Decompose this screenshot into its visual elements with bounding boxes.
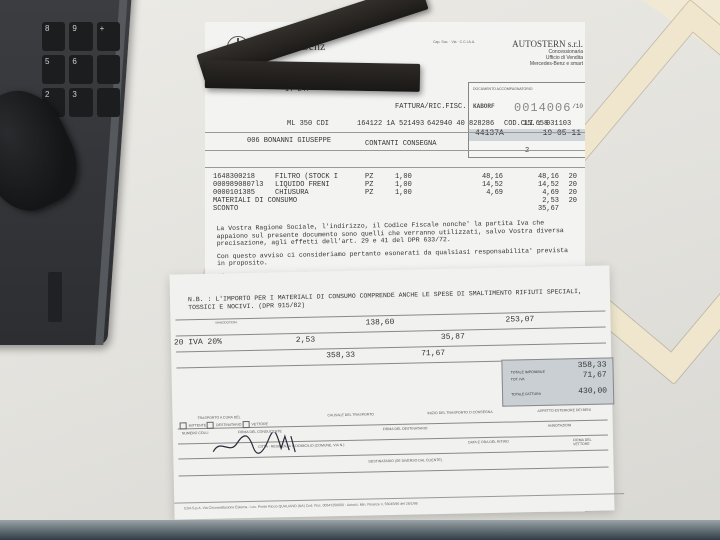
item-um: PZ [365, 173, 395, 181]
dealer-line: Mercedes-Benz e smart [493, 61, 583, 67]
causale-label: CAUSALE DEL TRASPORTO [327, 412, 374, 417]
colli-label: NUMERO COLLI [182, 431, 209, 436]
document-date: 19-05-11 [543, 129, 581, 141]
cell-label: MANODOPERA [215, 320, 237, 324]
payment-method: CONTANTI CONSEGNA [365, 140, 436, 148]
item-qty: 1,00 [395, 181, 433, 189]
inizio-label: INIZIO DEL TRASPORTO O CONSEGNA [427, 410, 492, 415]
item-code: 0000101385 [213, 189, 275, 197]
line-item: 1648300218 FILTRO (STOCK I PZ 1,00 48,16… [213, 173, 577, 181]
item-code: 0009890807l3 [213, 181, 275, 189]
total-imponibile-label: TOTALE IMPONIBILE [511, 370, 545, 375]
disposal-note: N.B. : L'IMPORTO PER I MATERIALI DI CONS… [188, 288, 588, 312]
total-invoice-value: 430,00 [578, 386, 607, 396]
item-desc: CHIUSURA [275, 189, 365, 197]
document-number: 0014006 [514, 101, 571, 115]
item-price: 14,52 [433, 181, 503, 189]
engine-number: 642940 40 828286 [427, 120, 494, 128]
item-amount: 35,67 [503, 205, 559, 213]
numeric-keypad: 8 9 + 5 6 2 3 [42, 22, 120, 117]
firma-destinatario-label: FIRMA DEL DESTINATARIO [383, 426, 428, 431]
item-iva: 20 [559, 173, 577, 181]
dealer-block: AUTOSTERN s.r.l. Concessionaria Ufficio … [493, 39, 583, 67]
operator: 006 BONANNI GIUSEPPE [247, 137, 331, 145]
dark-ruler-bar [205, 60, 420, 92]
key [97, 55, 120, 84]
document-box-label: DOCUMENTO ACCOMPAGNATORIO [473, 87, 532, 91]
iva-rate-label: 20 IVA 20% [174, 338, 222, 348]
line-item: 0000101385 CHIUSURA PZ 1,00 4,69 4,69 20 [213, 189, 577, 197]
line-item: 0009890807l3 LIQUIDO FRENI PZ 1,00 14,52… [213, 181, 577, 189]
divider [205, 132, 585, 133]
iva-value: 71,67 [421, 349, 445, 359]
item-qty: 1,00 [395, 173, 433, 181]
totals-box: TOTALE IMPONIBILE 358,33 TOT. IVA 71,67 … [501, 357, 614, 406]
line-item: MATERIALI DI CONSUMO 2,53 20 [213, 197, 577, 205]
ricambi-value: 253,07 [505, 315, 534, 325]
data-ritiro-label: DATA E ORA DEL RITIRO [468, 440, 509, 445]
option-label: VETTORE [251, 422, 268, 426]
item-um: PZ [365, 181, 395, 189]
doc-type: FATTURA/RIC.FISC. [395, 103, 466, 111]
document-suffix: /10 [572, 103, 583, 110]
key: + [97, 22, 120, 51]
series-label: KABORF [473, 103, 495, 110]
item-iva: 20 [559, 181, 577, 189]
table-edge [0, 520, 720, 540]
item-code: SCONTO [213, 205, 365, 213]
divider [205, 150, 585, 151]
item-desc: LIQUIDO FRENI [275, 181, 365, 189]
sconto-value: 35,87 [441, 332, 465, 342]
item-amount: 4,69 [503, 189, 559, 197]
total-iva-value: 71,67 [583, 371, 607, 381]
item-qty: 1,00 [395, 189, 433, 197]
materiali-value: 2,53 [296, 336, 315, 345]
total-iva-label: TOT. IVA [511, 377, 525, 381]
aspetto-label: ASPETTO ESTERIORE DEI BENI [537, 408, 590, 413]
total-imponibile-value: 358,33 [578, 361, 607, 371]
divider [205, 167, 585, 168]
item-iva: 20 [559, 197, 577, 205]
item-amount: 48,16 [503, 173, 559, 181]
key [97, 88, 120, 117]
option-label: DESTINATARIO [216, 423, 241, 428]
item-iva: 20 [559, 189, 577, 197]
legal-paragraph: La Vostra Ragione Sociale, l'indirizzo, … [216, 219, 576, 248]
odometer-km: 15.658 [523, 120, 548, 128]
item-amount: 14,52 [503, 181, 559, 189]
signature [211, 432, 311, 456]
invoice-summary-section: N.B. : L'IMPORTO PER I MATERIALI DI CONS… [169, 265, 614, 519]
item-code: 1648300218 [213, 173, 275, 181]
printer-footer: ESA S.p.A. Via Circonvallazione Esterna … [174, 493, 624, 510]
laptop-brand-badge [48, 272, 62, 322]
line-item: SCONTO 35,67 [213, 205, 577, 213]
option-label: MITTENTE [189, 423, 207, 427]
page-number: 2 [525, 147, 529, 155]
firma-vettore-label: FIRMA DEL VETTORE [573, 437, 608, 446]
key: 3 [69, 88, 92, 117]
imponibile-value: 358,33 [326, 351, 355, 361]
chassis-number: 164122 1A 521493 [357, 120, 424, 128]
key: 5 [42, 55, 65, 84]
total-invoice-label: TOTALE FATTURA [511, 392, 541, 397]
item-amount: 2,53 [503, 197, 559, 205]
annotazioni-label: ANNOTAZIONI [548, 423, 572, 427]
item-code: MATERIALI DI CONSUMO [213, 197, 365, 205]
dealer-small-address: Cap. Soc. · Via · C.C.I.A.A. [433, 40, 491, 44]
key: 8 [42, 22, 65, 51]
dealer-name: AUTOSTERN s.r.l. [493, 39, 583, 49]
line-items: 1648300218 FILTRO (STOCK I PZ 1,00 48,16… [213, 173, 577, 213]
ref-date-row: 44137A 19-05-11 [469, 129, 587, 141]
vehicle-model: ML 350 CDI [287, 120, 329, 128]
key: 6 [69, 55, 92, 84]
item-desc: FILTRO (STOCK I [275, 173, 365, 181]
transport-label: TRASPORTO A CURA DEL [197, 415, 240, 420]
legal-paragraph: Con questo avviso ci consideriamo pertan… [217, 246, 577, 267]
item-iva [559, 205, 577, 213]
reference: 44137A [475, 129, 504, 141]
manodopera-value: 138,60 [365, 318, 394, 328]
key: 9 [69, 22, 92, 51]
item-um: PZ [365, 189, 395, 197]
destinatario-label: DESTINATARIO (SE DIVERSO DAL CLIENTE) [368, 458, 442, 464]
item-price: 4,69 [433, 189, 503, 197]
item-price: 48,16 [433, 173, 503, 181]
